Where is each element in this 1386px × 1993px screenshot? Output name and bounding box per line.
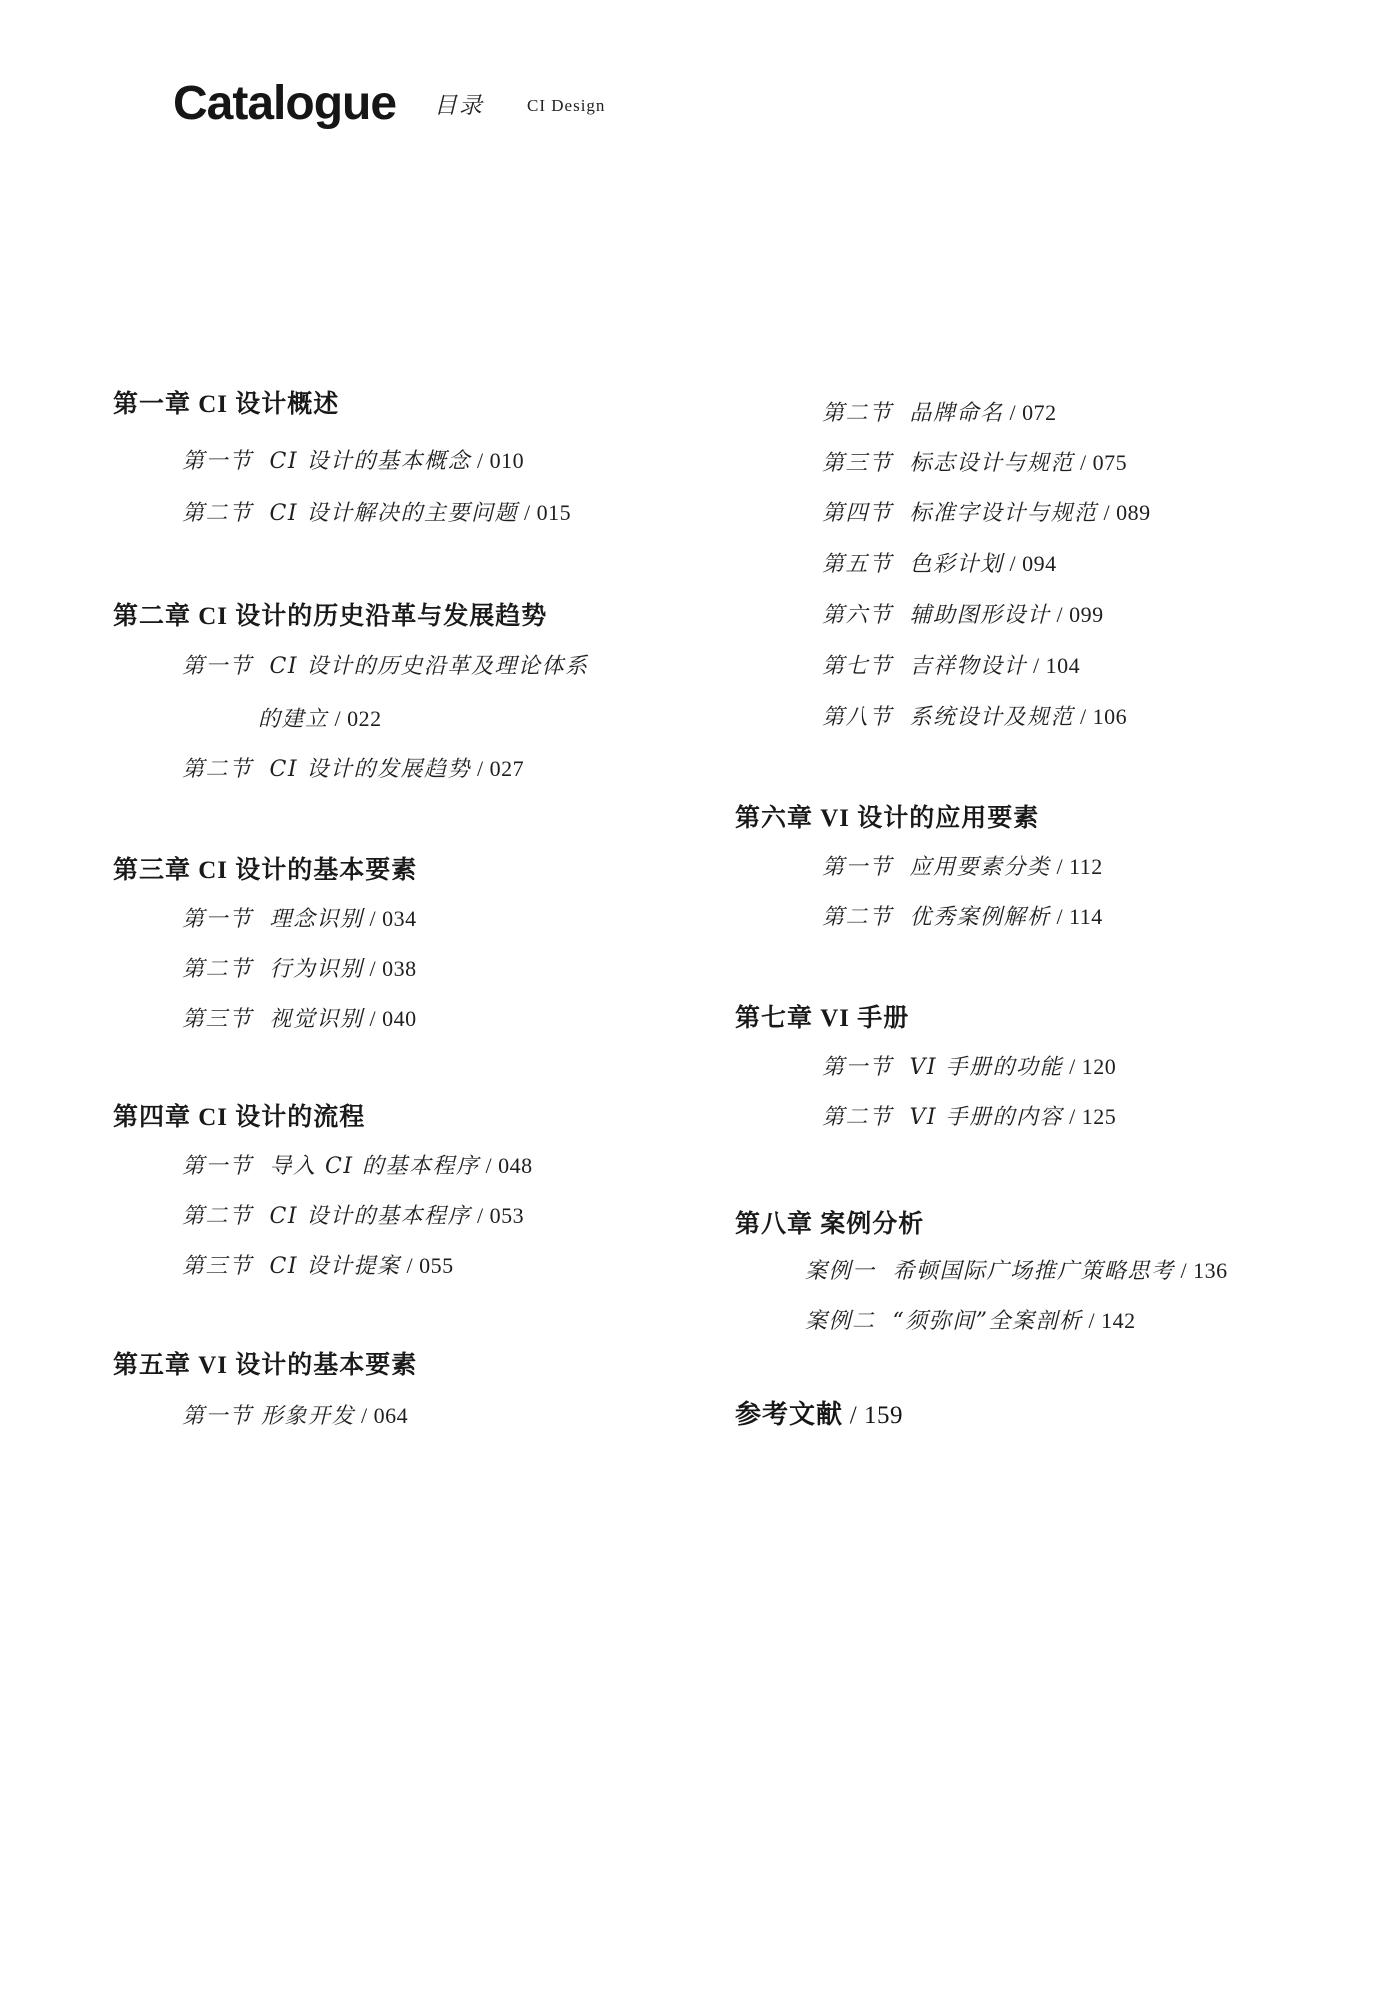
- entry-page: / 010: [471, 448, 524, 473]
- toc-entry: 第六节 辅助图形设计 / 099: [822, 604, 1104, 627]
- entry-label: 第八节 系统设计及规范: [822, 705, 1074, 730]
- toc-entry: 案例二 “须弥间”全案剖析 / 142: [805, 1310, 1136, 1333]
- page-title: Catalogue: [173, 80, 396, 128]
- page-title-chinese: 目录: [434, 95, 484, 118]
- page-subtitle: CI Design: [527, 97, 605, 114]
- entry-label: 第二节 VI 手册的内容: [822, 1105, 1063, 1130]
- toc-entry-continuation: 的建立 / 022: [258, 708, 382, 731]
- entry-page: / 034: [364, 906, 417, 931]
- toc-entry: 第一节 VI 手册的功能 / 120: [822, 1056, 1116, 1079]
- entry-label: 第二节 CI 设计的发展趋势: [182, 757, 471, 782]
- entry-page: / 142: [1082, 1308, 1135, 1333]
- entry-label: 第一节 导入 CI 的基本程序: [182, 1154, 480, 1179]
- toc-entry: 第二节 品牌命名 / 072: [822, 402, 1057, 425]
- chapter-heading: 第一章 CI 设计概述: [113, 392, 339, 417]
- entry-page: / 094: [1004, 551, 1057, 576]
- entry-label: 第五节 色彩计划: [822, 552, 1004, 577]
- chapter-heading: 第六章 VI 设计的应用要素: [735, 806, 1039, 831]
- toc-entry: 第二节 VI 手册的内容 / 125: [822, 1106, 1116, 1129]
- entry-label: 第二节 CI 设计的基本程序: [182, 1204, 471, 1229]
- entry-label: 第一节 VI 手册的功能: [822, 1055, 1063, 1080]
- entry-label: 第一节 应用要素分类: [822, 855, 1051, 880]
- toc-page: Catalogue 目录 CI Design 第一章 CI 设计概述 第一节 C…: [0, 0, 1386, 1993]
- toc-entry: 第一节 应用要素分类 / 112: [822, 856, 1103, 879]
- entry-label: 第三节 标志设计与规范: [822, 451, 1074, 476]
- entry-label: 案例二 “须弥间”全案剖析: [805, 1309, 1082, 1334]
- toc-entry: 第一节 理念识别 / 034: [182, 908, 417, 931]
- entry-label: 第一节 CI 设计的历史沿革及理论体系: [182, 654, 589, 679]
- entry-page: / 072: [1004, 400, 1057, 425]
- chapter-heading: 第四章 CI 设计的流程: [113, 1105, 365, 1130]
- entry-label: 第四节 标准字设计与规范: [822, 501, 1098, 526]
- toc-entry: 第三节 标志设计与规范 / 075: [822, 452, 1127, 475]
- chapter-heading: 第三章 CI 设计的基本要素: [113, 858, 417, 883]
- toc-entry: 第三节 CI 设计提案 / 055: [182, 1255, 454, 1278]
- entry-page: / 040: [364, 1006, 417, 1031]
- entry-page: / 053: [471, 1203, 524, 1228]
- entry-page: / 015: [518, 500, 571, 525]
- entry-label: 第一节 理念识别: [182, 907, 364, 932]
- references-heading: 参考文献 / 159: [735, 1402, 903, 1428]
- toc-entry: 第八节 系统设计及规范 / 106: [822, 706, 1127, 729]
- toc-entry: 第三节 视觉识别 / 040: [182, 1008, 417, 1031]
- toc-entry: 第七节 吉祥物设计 / 104: [822, 655, 1080, 678]
- entry-label: 参考文献: [735, 1400, 843, 1429]
- toc-entry: 第五节 色彩计划 / 094: [822, 553, 1057, 576]
- toc-entry: 第一节 导入 CI 的基本程序 / 048: [182, 1155, 533, 1178]
- entry-page: / 022: [329, 706, 382, 731]
- entry-page: / 075: [1074, 450, 1127, 475]
- chapter-heading: 第八章 案例分析: [735, 1212, 924, 1237]
- entry-page: / 112: [1051, 854, 1103, 879]
- entry-page: / 104: [1027, 653, 1080, 678]
- entry-page: / 099: [1051, 602, 1104, 627]
- entry-page: / 048: [480, 1153, 533, 1178]
- entry-label: 第三节 视觉识别: [182, 1007, 364, 1032]
- entry-label: 第二节 优秀案例解析: [822, 905, 1051, 930]
- entry-page: / 159: [843, 1402, 903, 1429]
- chapter-heading: 第五章 VI 设计的基本要素: [113, 1353, 417, 1378]
- entry-page: / 038: [364, 956, 417, 981]
- toc-entry: 第一节 CI 设计的历史沿革及理论体系: [182, 656, 589, 678]
- entry-label: 第二节 CI 设计解决的主要问题: [182, 501, 518, 526]
- entry-label: 案例一 希顿国际广场推广策略思考: [805, 1259, 1175, 1284]
- toc-entry: 第一节 CI 设计的基本概念 / 010: [182, 450, 524, 473]
- entry-label: 第七节 吉祥物设计: [822, 654, 1027, 679]
- entry-page: / 136: [1175, 1258, 1228, 1283]
- toc-entry: 第一节 形象开发 / 064: [182, 1405, 408, 1428]
- toc-entry: 案例一 希顿国际广场推广策略思考 / 136: [805, 1260, 1228, 1283]
- entry-label: 的建立: [258, 707, 329, 732]
- toc-entry: 第二节 行为识别 / 038: [182, 958, 417, 981]
- entry-page: / 089: [1098, 500, 1151, 525]
- entry-page: / 055: [401, 1253, 454, 1278]
- entry-label: 第二节 品牌命名: [822, 401, 1004, 426]
- toc-entry: 第二节 CI 设计的基本程序 / 053: [182, 1205, 524, 1228]
- toc-entry: 第二节 CI 设计解决的主要问题 / 015: [182, 502, 571, 525]
- entry-page: / 027: [471, 756, 524, 781]
- entry-label: 第二节 行为识别: [182, 957, 364, 982]
- entry-page: / 064: [355, 1403, 408, 1428]
- toc-entry: 第二节 优秀案例解析 / 114: [822, 906, 1103, 929]
- entry-label: 第一节 形象开发: [182, 1404, 355, 1429]
- toc-entry: 第二节 CI 设计的发展趋势 / 027: [182, 758, 524, 781]
- entry-page: / 114: [1051, 904, 1103, 929]
- chapter-heading: 第七章 VI 手册: [735, 1006, 909, 1031]
- entry-page: / 106: [1074, 704, 1127, 729]
- entry-page: / 125: [1063, 1104, 1116, 1129]
- chapter-heading: 第二章 CI 设计的历史沿革与发展趋势: [113, 604, 547, 629]
- toc-entry: 第四节 标准字设计与规范 / 089: [822, 502, 1151, 525]
- entry-label: 第一节 CI 设计的基本概念: [182, 449, 471, 474]
- entry-page: / 120: [1063, 1054, 1116, 1079]
- entry-label: 第六节 辅助图形设计: [822, 603, 1051, 628]
- entry-label: 第三节 CI 设计提案: [182, 1254, 401, 1279]
